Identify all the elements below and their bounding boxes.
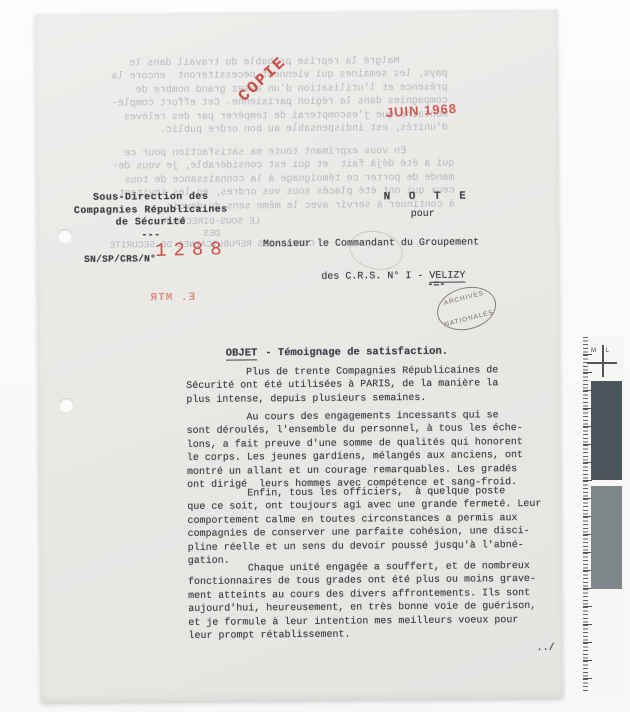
reference-label: SN/SP/CRS/N°	[84, 252, 156, 266]
reference-number: 1288	[155, 243, 229, 258]
pour-label: pour	[411, 208, 435, 222]
calibration-ruler: M L	[583, 337, 625, 691]
separator-mark: -=-	[427, 279, 445, 293]
unit-prefix: des C.R.S. N° I -	[321, 271, 423, 283]
subject-label: OBJET	[226, 348, 258, 361]
document-scan: Malgré la reprise probable du travail da…	[0, 0, 630, 712]
document-page: Malgré la reprise probable du travail da…	[35, 10, 563, 703]
archives-stamp-bottom-text: NATIONALES	[440, 308, 498, 329]
bleedthrough-red-stamp: E. MTR	[149, 292, 195, 304]
note-title: N O T E	[384, 190, 472, 204]
subject-text: - Témoignage de satisfaction.	[265, 346, 448, 360]
punch-hole	[59, 398, 73, 412]
body-paragraph-3: Enfin, tous les officiers, à quelque pos…	[187, 485, 542, 569]
continuation-mark: ../	[537, 642, 555, 656]
body-paragraph-2: Au cours des engagements incessants qui …	[186, 409, 523, 492]
crosshair-labels: M L	[591, 348, 613, 354]
gray-calibration-patch-dark	[591, 381, 622, 480]
gray-calibration-patch-light	[591, 486, 622, 589]
body-paragraph-1: Plus de trente Compagnies Républicaines …	[186, 364, 498, 407]
punch-hole	[58, 229, 72, 243]
registration-crosshair-icon: M L	[587, 345, 617, 377]
office-block: Sous-Direction des Compagnies Républicai…	[67, 192, 235, 243]
body-paragraph-4: Chaque unité engagée a souffert, et de n…	[188, 560, 537, 643]
addressee-line: Monsieur le Commandant du Groupement	[263, 236, 479, 251]
